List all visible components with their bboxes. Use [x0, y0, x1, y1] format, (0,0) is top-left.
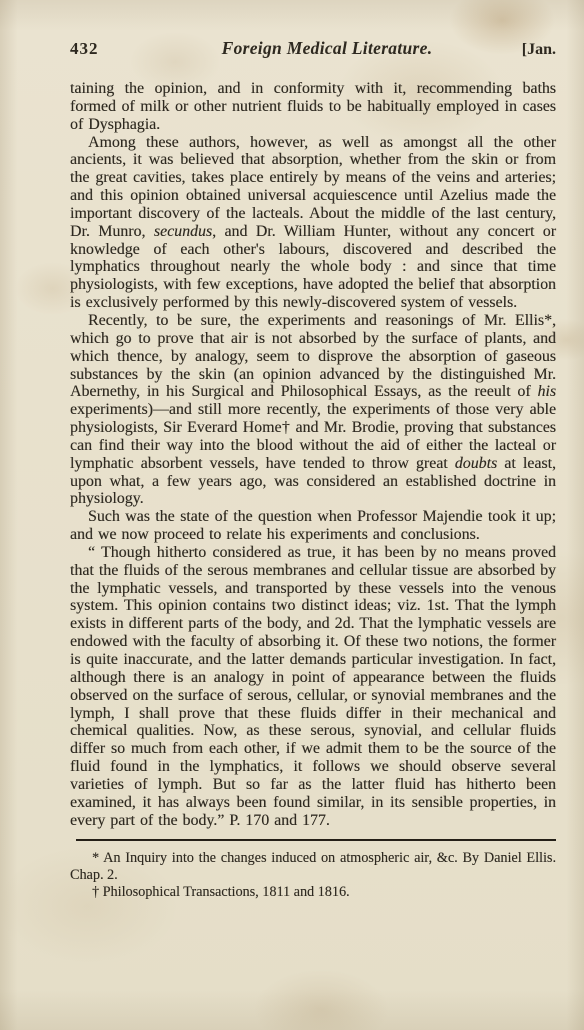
- paragraph-quotation: “ Though hitherto considered as true, it…: [70, 544, 556, 830]
- paragraph-text: Such was the state of the question when …: [70, 508, 556, 543]
- paragraph: Among these authors, however, as well as…: [70, 134, 556, 312]
- paragraph-continuation: taining the opinion, and in conformity w…: [70, 80, 556, 134]
- footnote-divider: [76, 839, 556, 841]
- issue-date-label: [Jan.: [496, 41, 556, 59]
- italic-term: secundus: [154, 223, 212, 240]
- page-number: 432: [70, 39, 158, 59]
- scanned-book-page: 432 Foreign Medical Literature. [Jan. ta…: [0, 0, 584, 1030]
- paragraph-text: “ Though hitherto considered as true, it…: [70, 544, 556, 829]
- running-header: 432 Foreign Medical Literature. [Jan.: [70, 38, 556, 59]
- italic-term: doubts: [455, 455, 497, 472]
- paragraph: Recently, to be sure, the experiments an…: [70, 312, 556, 508]
- paragraph-text: taining the opinion, and in conformity w…: [70, 80, 556, 133]
- italic-term: his: [537, 383, 556, 400]
- running-title: Foreign Medical Literature.: [158, 38, 496, 59]
- page-content: 432 Foreign Medical Literature. [Jan. ta…: [70, 38, 556, 901]
- article-body: taining the opinion, and in conformity w…: [70, 80, 556, 829]
- paragraph: Such was the state of the question when …: [70, 508, 556, 544]
- footnotes: * An Inquiry into the changes induced on…: [70, 850, 556, 901]
- footnote-asterisk: * An Inquiry into the changes induced on…: [70, 850, 556, 884]
- paragraph-text: Recently, to be sure, the experiments an…: [70, 312, 556, 400]
- footnote-dagger: † Philosophical Transactions, 1811 and 1…: [70, 884, 556, 901]
